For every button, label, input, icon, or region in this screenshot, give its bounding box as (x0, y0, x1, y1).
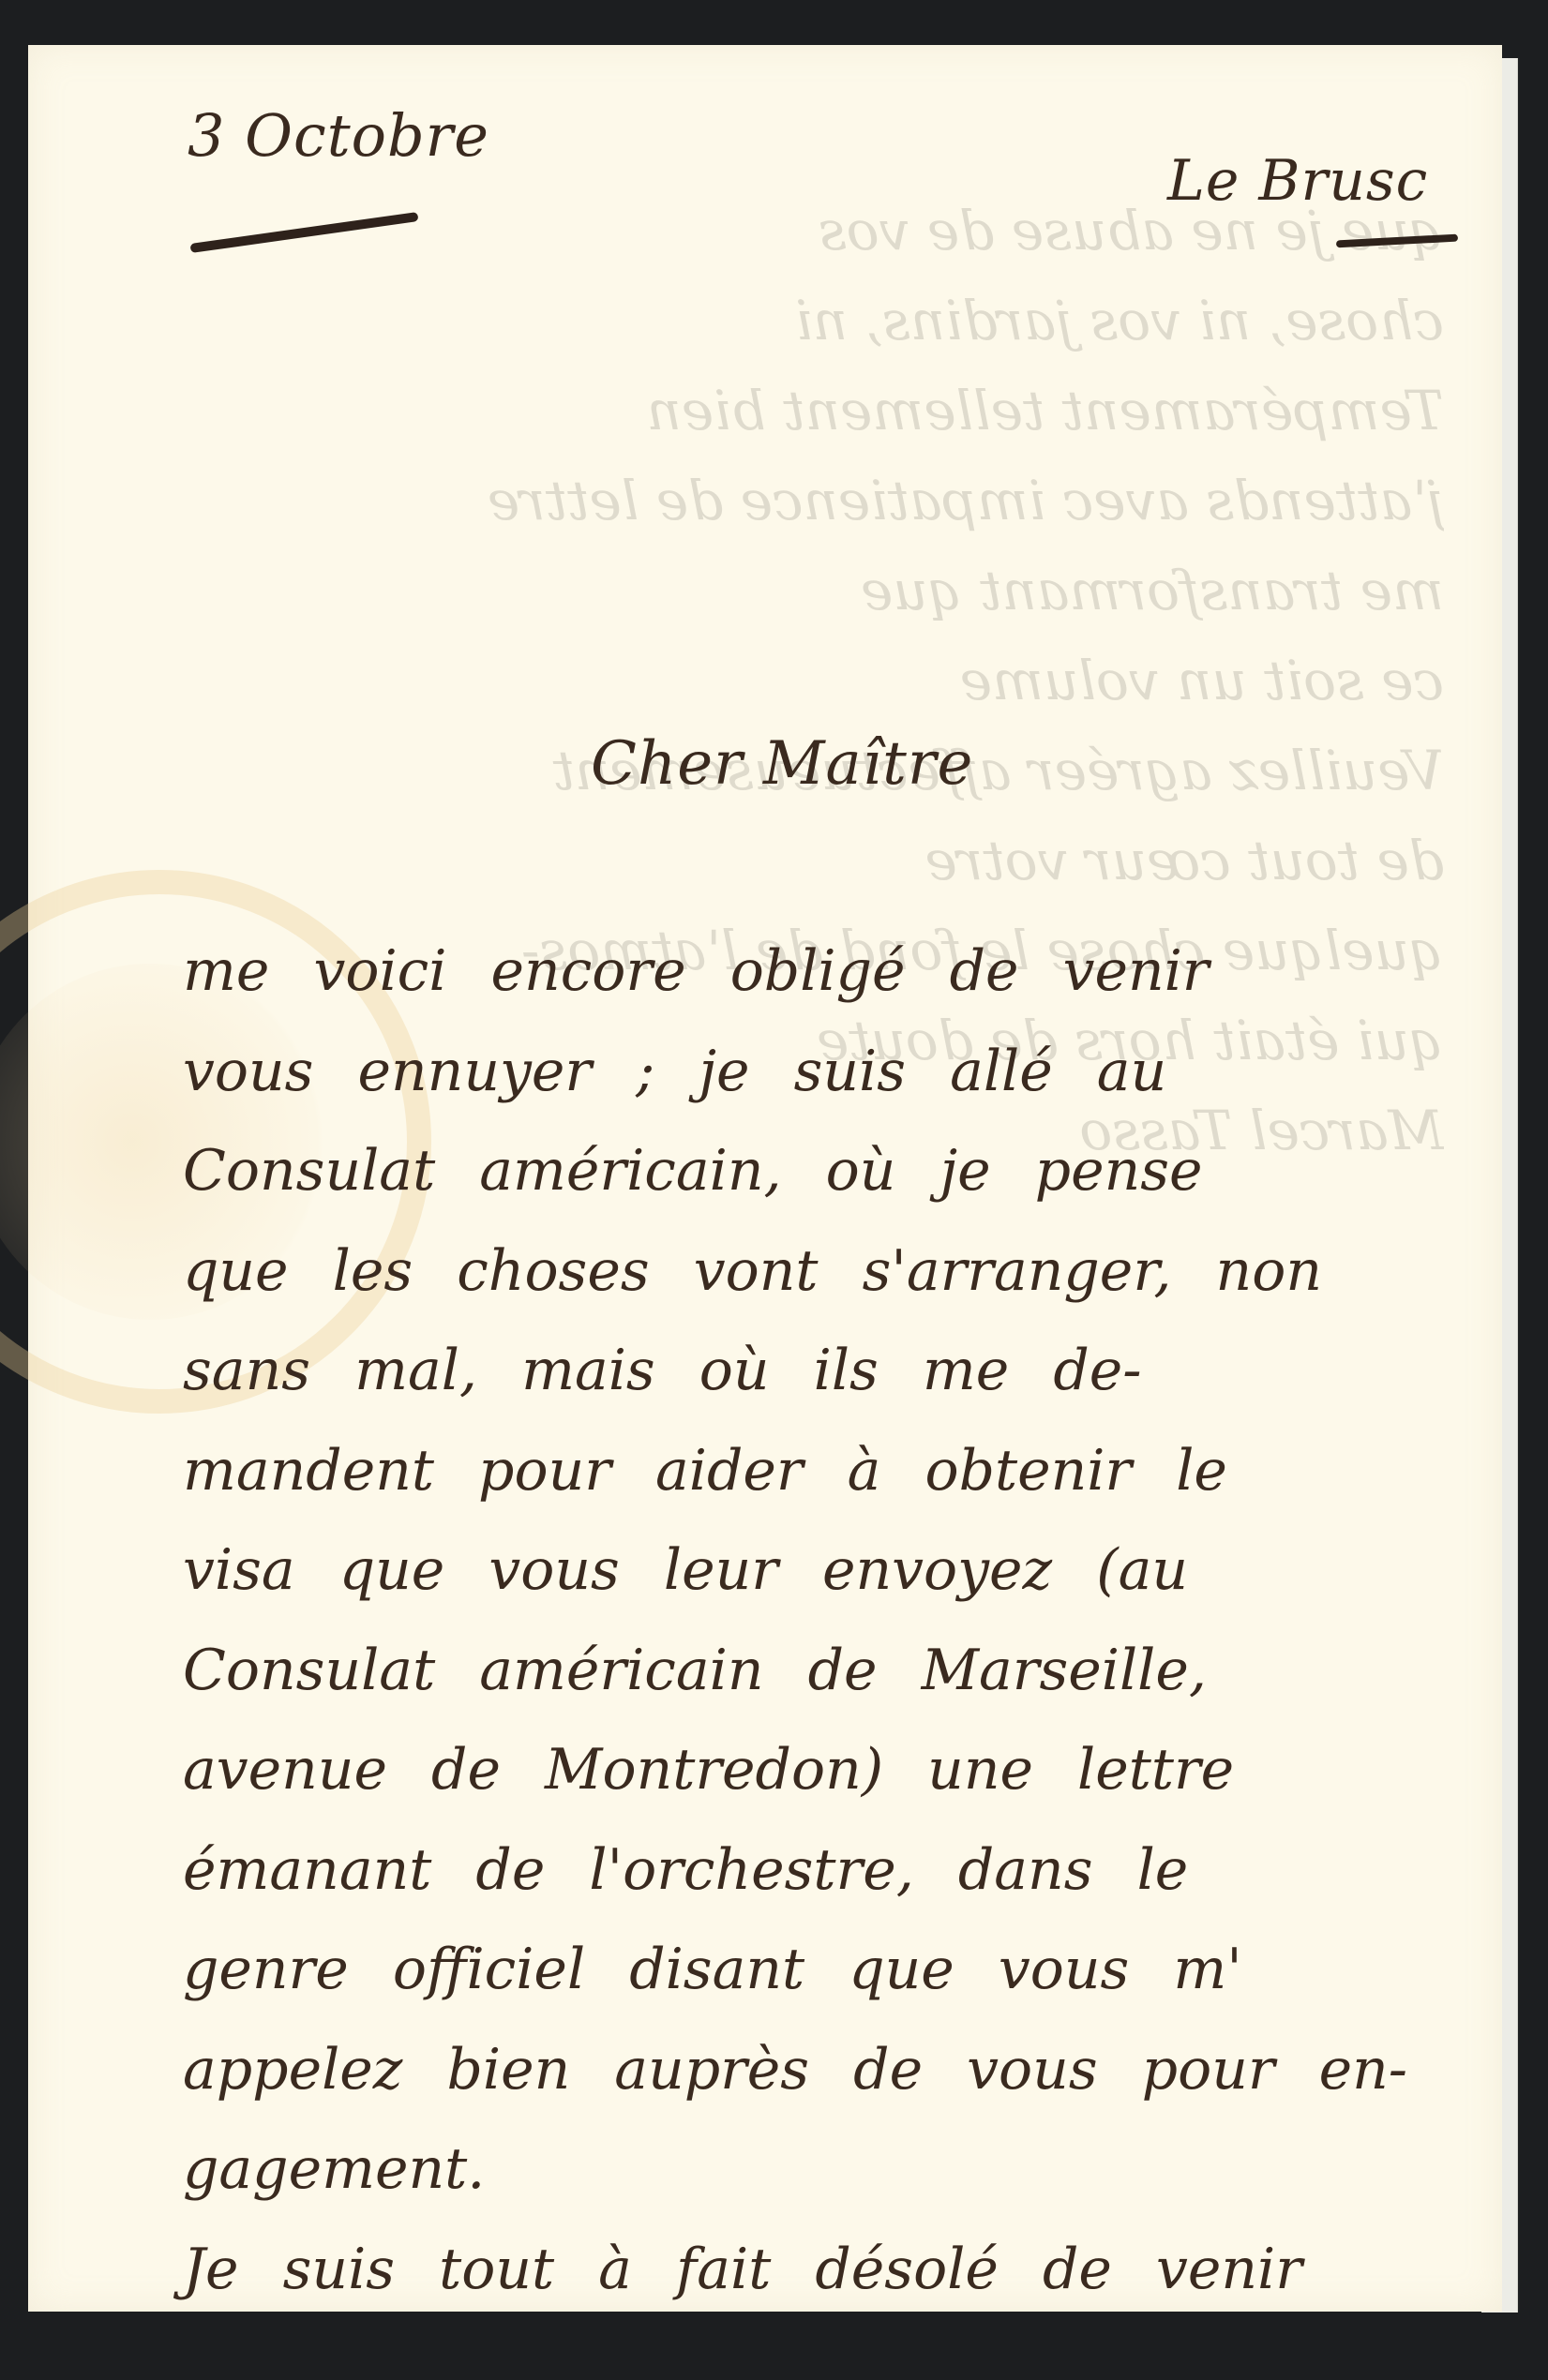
body-line: Consulat américain de Marseille, (183, 1621, 1477, 1721)
body-line: me voici encore obligé de venir (183, 921, 1477, 1022)
bleed-line: chose, ni vos jardins, ni (150, 276, 1444, 366)
date-underline (189, 212, 418, 253)
body-line: visa que vous leur envoyez (au (183, 1520, 1477, 1621)
place-underline (1336, 234, 1458, 248)
body-line: vous ennuyer ; je suis allé au (183, 1022, 1477, 1122)
body-line: appelez bien auprès de vous pour en- (183, 2020, 1477, 2120)
bleed-line: Tempérament tellement bien (150, 366, 1444, 456)
letter-place: Le Brusc (1167, 148, 1428, 214)
body-line: émanant de l'orchestre, dans le (183, 1820, 1477, 1921)
body-line: gagement. (183, 2119, 1477, 2220)
letter-body: me voici encore obligé de venir vous enn… (183, 921, 1477, 2319)
letter-date: 3 Octobre (188, 101, 489, 170)
letter-page: que je ne abuse de vos chose, ni vos jar… (28, 45, 1502, 2312)
salutation: Cher Maître (591, 729, 973, 799)
body-line: sans mal, mais où ils me de- (183, 1321, 1477, 1421)
bleed-line: j'attends avec impatience de lettre (150, 456, 1444, 546)
body-line: Consulat américain, où je pense (183, 1121, 1477, 1221)
body-line: avenue de Montredon) une lettre (183, 1720, 1477, 1820)
body-line: genre officiel disant que vous m' (183, 1920, 1477, 2020)
bleed-line: me transformant que (150, 546, 1444, 636)
body-line: Je suis tout à fait désolé de venir (183, 2220, 1477, 2320)
bleed-line: ce soit un volume (150, 636, 1444, 726)
body-line: que les choses vont s'arranger, non (183, 1221, 1477, 1322)
body-line: mandent pour aider à obtenir le (183, 1421, 1477, 1521)
bleed-line: de tout cœur votre (150, 816, 1444, 906)
